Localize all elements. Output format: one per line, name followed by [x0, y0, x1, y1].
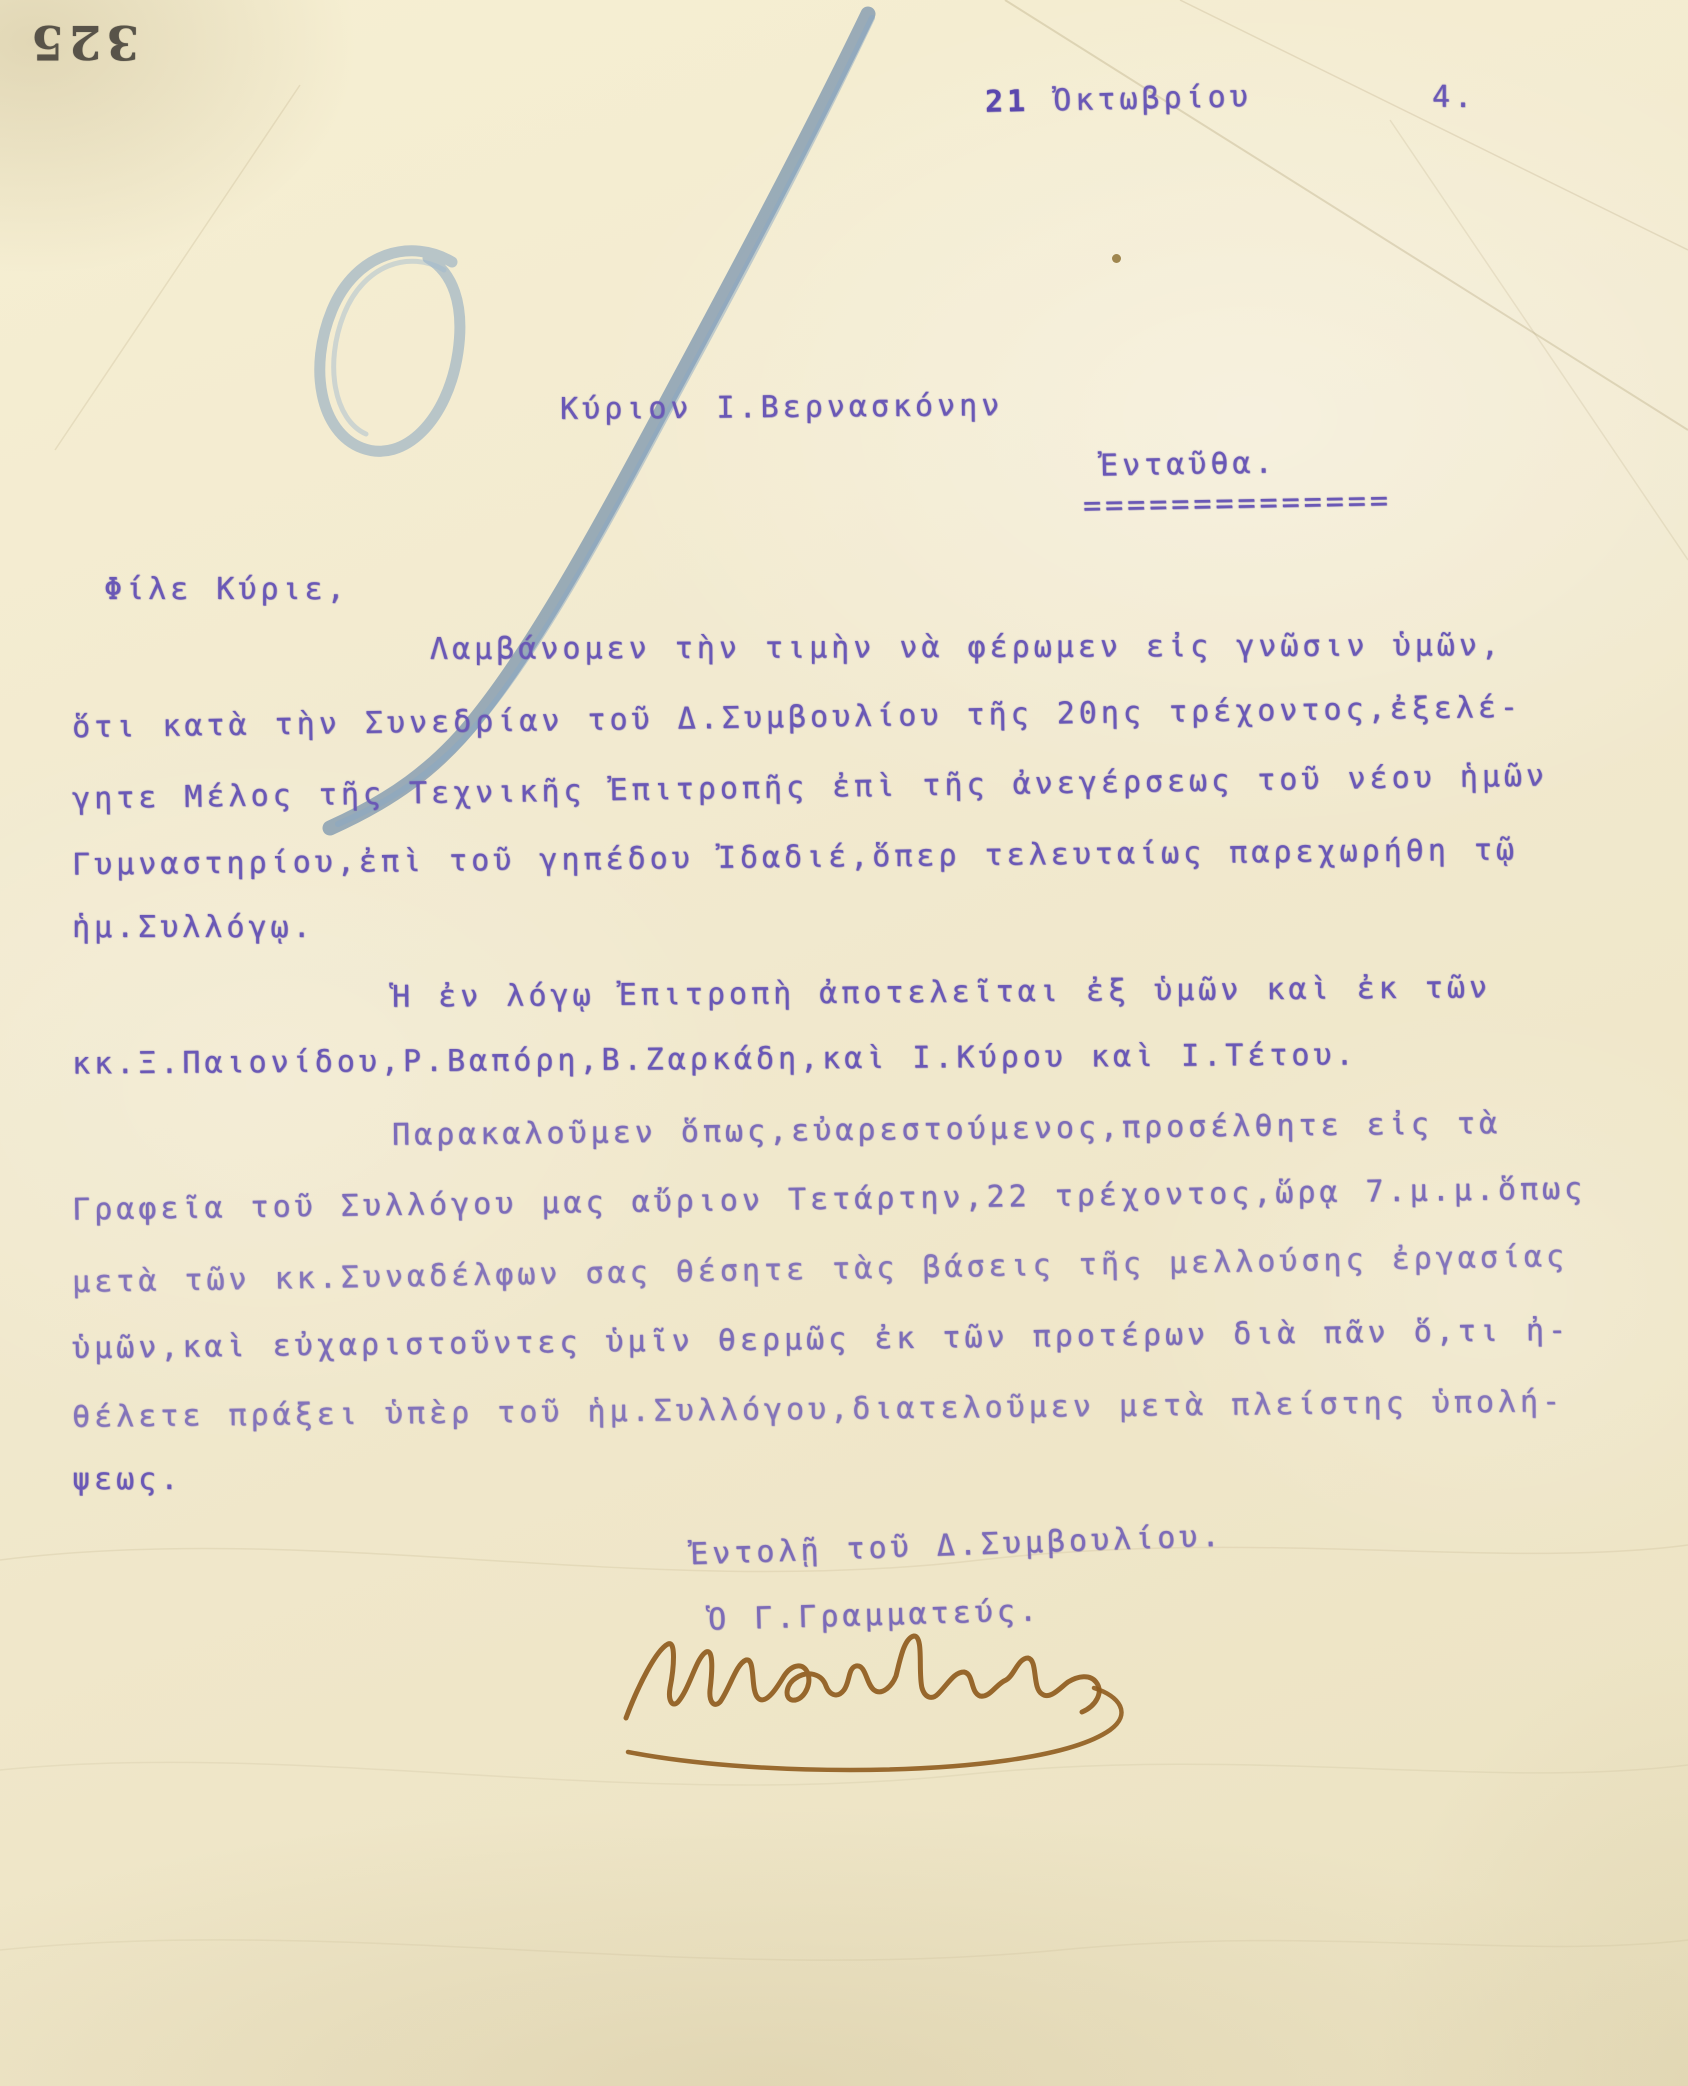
signature	[598, 1616, 1158, 1796]
body-line: ἡμ.Συλλόγῳ.	[72, 910, 315, 945]
place-line: Ἐνταῦθα.	[1100, 445, 1277, 483]
body-line: ψεως.	[72, 1462, 182, 1497]
paper-speck	[1112, 254, 1121, 263]
place-underline: ==============	[1083, 483, 1392, 523]
recipient-line: Κύριον Ι.Βερνασκόνην	[560, 388, 1004, 427]
salutation: Φίλε Κύριε,	[104, 572, 349, 607]
letter-page: 325 21 Ὀκτωβρίου 4. Κύριον Ι.Βερνασκόνην…	[0, 0, 1688, 2086]
body-line: Λαμβάνομεν τὴν τιμὴν νὰ φέρωμεν εἰς γνῶσ…	[430, 628, 1503, 667]
